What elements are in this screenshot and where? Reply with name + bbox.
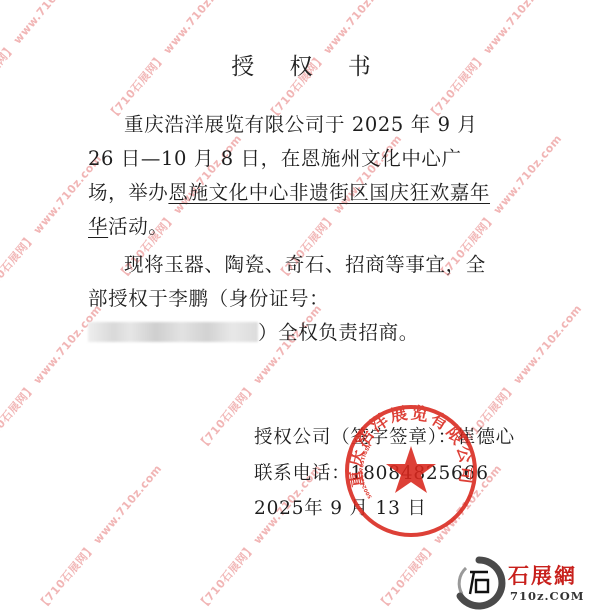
authorization-letter-page: 【710石展网】 www.710z.com 【710石展网】 www.710z.… xyxy=(0,0,600,614)
company-seal-icon: 重庆浩洋展览有限公司 5002436878STIGSHANG xyxy=(342,402,480,540)
paragraph-authorization-tail: ）全权负责招商。 xyxy=(258,321,419,344)
logo-chinese-name: 石展網 xyxy=(508,560,577,590)
paragraph-event: 重庆浩洋展览有限公司于 2025 年 9 月 26 日—10 月 8 日，在恩施… xyxy=(88,108,498,244)
watermark: 【710石展网】 www.710z.com xyxy=(34,461,165,613)
paragraph-event-tail: 活动。 xyxy=(108,215,168,238)
paragraph-authorization: 现将玉器、陶瓷、奇石、招商等事宜，全部授权于李鹏（身份证号：）全权负责招商。 xyxy=(88,248,498,350)
redacted-id-number xyxy=(88,322,258,342)
logo-domain: 710z.COM xyxy=(510,589,584,603)
document-title: 授 权 书 xyxy=(0,48,600,81)
logo-mark-icon xyxy=(452,556,506,610)
paragraph-authorization-lead: 现将玉器、陶瓷、奇石、招商等事宜，全部授权于李鹏（身份证号： xyxy=(88,253,486,310)
site-logo: 石展網 710z.COM xyxy=(452,556,600,612)
